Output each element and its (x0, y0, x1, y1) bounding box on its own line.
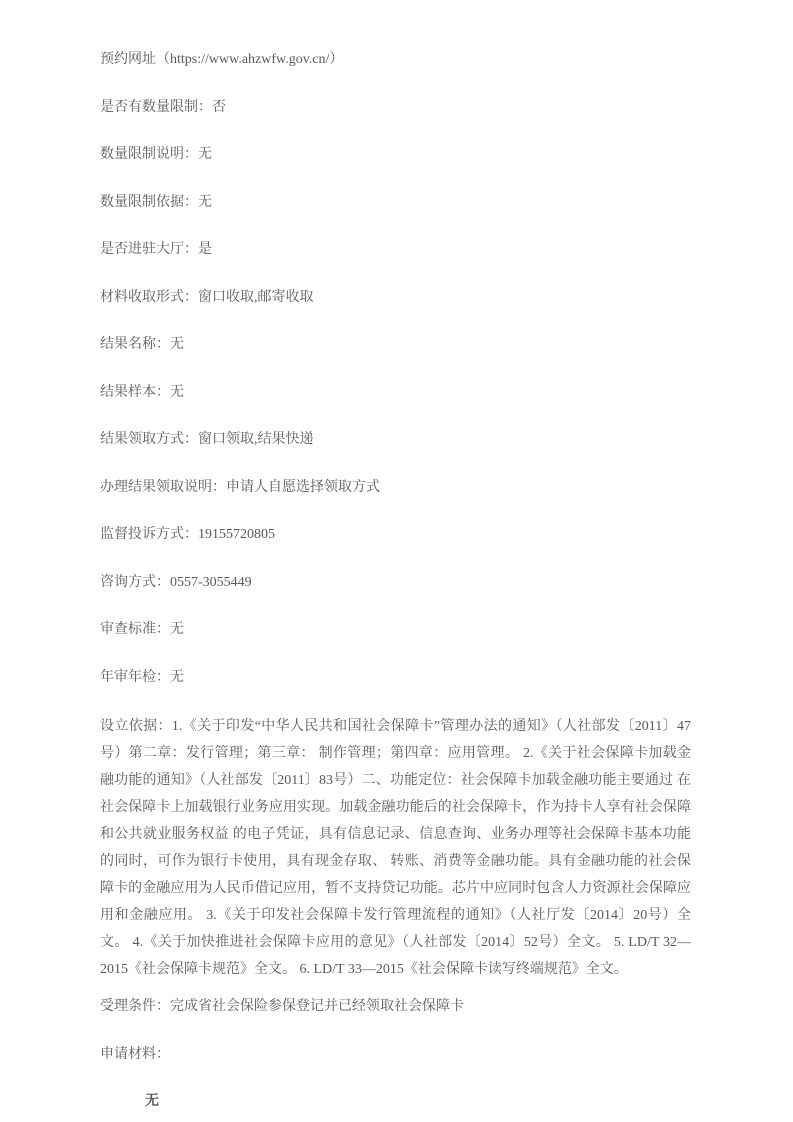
field-row-acceptance-condition: 受理条件：完成省社会保险参保登记并已经领取社会保障卡 (100, 999, 691, 1014)
application-materials-value: 无 (100, 1094, 691, 1109)
field-row-result-name: 结果名称：无 (100, 337, 691, 352)
field-value: 是 (198, 242, 212, 257)
field-row-in-hall: 是否进驻大厅：是 (100, 242, 691, 257)
field-row-review-standard: 审查标准：无 (100, 622, 691, 637)
legal-basis-label: 设立依据： (100, 719, 172, 734)
field-value: 无 (198, 147, 212, 162)
field-label: 咨询方式： (100, 575, 170, 590)
field-value: 无 (170, 622, 184, 637)
field-value-phone: 19155720805 (198, 527, 275, 542)
field-label: 是否进驻大厅： (100, 242, 198, 257)
field-label: 办理结果领取说明： (100, 480, 226, 495)
field-row-quantity-limit-note: 数量限制说明：无 (100, 147, 691, 162)
field-label: 结果样本： (100, 385, 170, 400)
field-value: 完成省社会保险参保登记并已经领取社会保障卡 (170, 999, 464, 1014)
field-row-application-materials: 申请材料： (100, 1047, 691, 1062)
field-value: 无 (170, 337, 184, 352)
field-label: 受理条件： (100, 999, 170, 1014)
field-row-consult-phone: 咨询方式：0557-3055449 (100, 575, 691, 590)
field-value: 窗口收取,邮寄收取 (198, 290, 314, 305)
document-page: 预约网址（https://www.ahzwfw.gov.cn/） 是否有数量限制… (0, 0, 793, 1122)
field-label: 数量限制说明： (100, 147, 198, 162)
field-value: 否 (212, 100, 226, 115)
field-value: 窗口领取,结果快递 (198, 432, 314, 447)
field-row-annual-review: 年审年检：无 (100, 670, 691, 685)
field-value: 无 (170, 385, 184, 400)
field-label: 结果名称： (100, 337, 170, 352)
field-label: 审查标准： (100, 622, 170, 637)
field-label: 是否有数量限制： (100, 100, 212, 115)
field-row-complaint-phone: 监督投诉方式：19155720805 (100, 527, 691, 542)
legal-basis-text: 1.《关于印发“中华人民共和国社会保障卡”管理办法的通知》（人社部发〔2011〕… (100, 719, 691, 977)
field-row-booking-url: 预约网址（https://www.ahzwfw.gov.cn/） (100, 52, 691, 67)
field-label: 预约网址 (100, 52, 156, 67)
field-row-result-pickup-note: 办理结果领取说明：申请人自愿选择领取方式 (100, 480, 691, 495)
field-value-url: （https://www.ahzwfw.gov.cn/） (156, 52, 343, 67)
field-label: 数量限制依据： (100, 195, 198, 210)
field-value: 无 (198, 195, 212, 210)
field-row-quantity-limit: 是否有数量限制：否 (100, 100, 691, 115)
field-label: 申请材料： (100, 1047, 170, 1062)
field-row-material-collection: 材料收取形式：窗口收取,邮寄收取 (100, 290, 691, 305)
field-row-quantity-limit-basis: 数量限制依据：无 (100, 195, 691, 210)
field-label: 监督投诉方式： (100, 527, 198, 542)
field-value: 无 (170, 670, 184, 685)
field-row-result-pickup: 结果领取方式：窗口领取,结果快递 (100, 432, 691, 447)
field-row-result-sample: 结果样本：无 (100, 385, 691, 400)
field-value: 申请人自愿选择领取方式 (226, 480, 380, 495)
field-label: 材料收取形式： (100, 290, 198, 305)
field-label: 年审年检： (100, 670, 170, 685)
field-value-phone: 0557-3055449 (170, 575, 252, 590)
legal-basis-paragraph: 设立依据：1.《关于印发“中华人民共和国社会保障卡”管理办法的通知》（人社部发〔… (100, 713, 691, 983)
field-label: 结果领取方式： (100, 432, 198, 447)
